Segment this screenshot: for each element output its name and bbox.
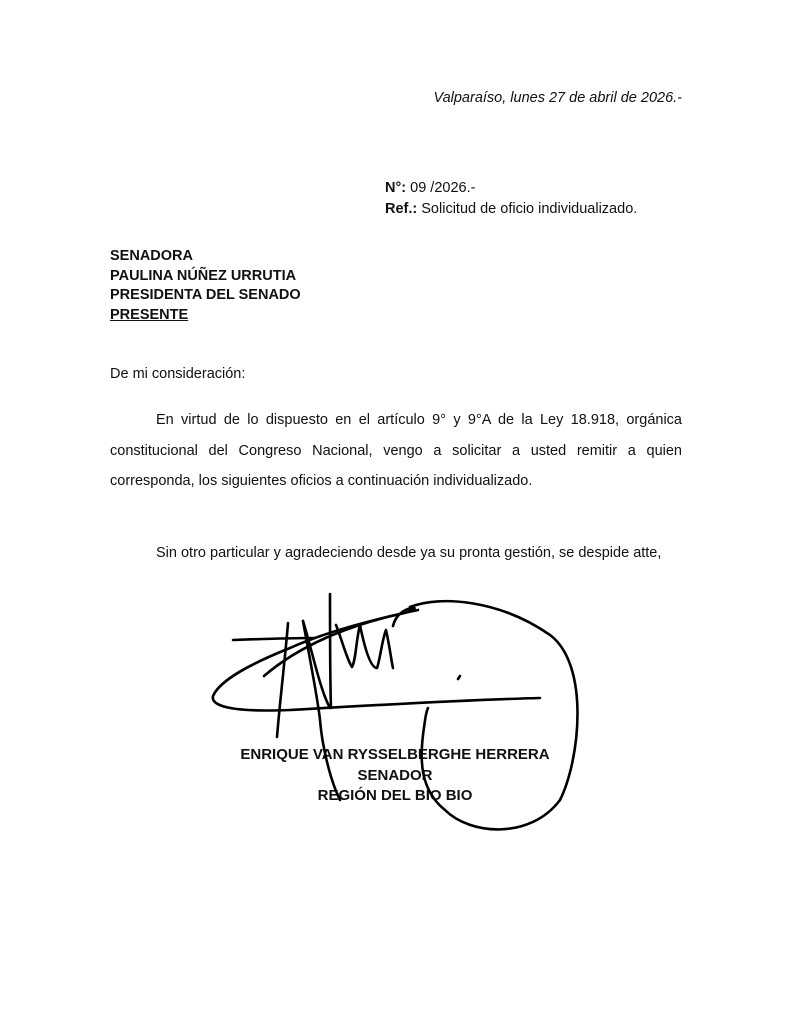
number-label: N°: [385, 180, 406, 196]
closing-line: Sin otro particular y agradeciendo desde… [156, 545, 661, 561]
addressee-presente: PRESENTE [110, 307, 188, 323]
document-page: Valparaíso, lunes 27 de abril de 2026.- … [0, 0, 791, 1024]
document-reference: Ref.: Solicitud de oficio individualizad… [385, 199, 637, 220]
addressee-title: SENADORA [110, 247, 301, 267]
ref-value: Solicitud de oficio individualizado. [417, 201, 637, 217]
signer-region: REGIÓN DEL BIO BIO [200, 786, 590, 807]
addressee-name: PAULINA NÚÑEZ URRUTIA [110, 267, 301, 287]
signer-block: ENRIQUE VAN RYSSELBERGHE HERRERA SENADOR… [200, 745, 590, 807]
reference-block: N°: 09 /2026.- Ref.: Solicitud de oficio… [385, 178, 637, 220]
greeting: De mi consideración: [110, 366, 245, 382]
ref-label: Ref.: [385, 201, 417, 217]
document-number: N°: 09 /2026.- [385, 178, 637, 199]
signer-name: ENRIQUE VAN RYSSELBERGHE HERRERA [200, 745, 590, 766]
addressee-block: SENADORA PAULINA NÚÑEZ URRUTIA PRESIDENT… [110, 247, 301, 325]
body-paragraph: En virtud de lo dispuesto en el artículo… [110, 405, 682, 497]
date-line: Valparaíso, lunes 27 de abril de 2026.- [433, 90, 682, 106]
addressee-position: PRESIDENTA DEL SENADO [110, 286, 301, 306]
handwritten-signature-icon [0, 0, 791, 1024]
signer-role: SENADOR [200, 766, 590, 787]
number-value: 09 /2026.- [406, 180, 475, 196]
